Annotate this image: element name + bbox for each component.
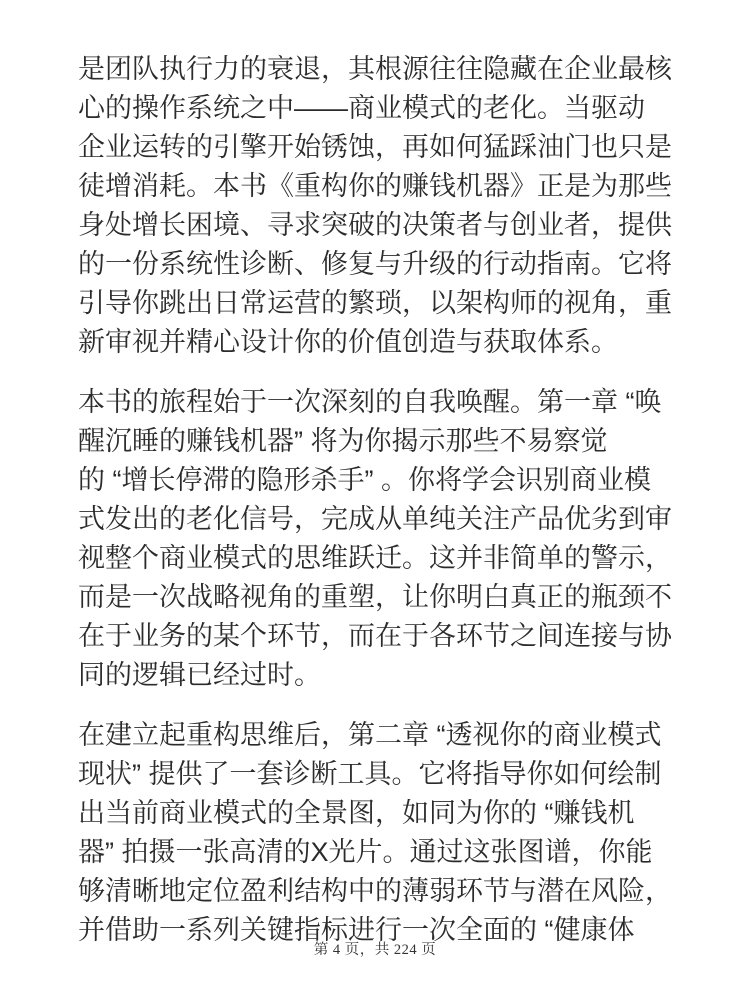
text-line: 醒沉睡的赚钱机器” 将为你揭示那些不易察觉 [78,422,678,461]
text-line: 的一份系统性诊断、修复与升级的行动指南。它将 [78,245,678,284]
text-line: 器” 拍摄一张高清的X光片。通过这张图谱，你能 [78,833,678,872]
paragraph: 是团队执行力的衰退，其根源往往隐藏在企业最核 心的操作系统之中——商业模式的老化… [78,50,678,362]
text-line: 引导你跳出日常运营的繁琐，以架构师的视角，重 [78,284,678,323]
text-line: 现状” 提供了一套诊断工具。它将指导你如何绘制 [78,755,678,794]
text-line: 够清晰地定位盈利结构中的薄弱环节与潜在风险， [78,872,678,911]
text-line: 的 “增长停滞的隐形杀手” 。你将学会识别商业模 [78,461,678,500]
text-line: 而是一次战略视角的重塑，让你明白真正的瓶颈不 [78,578,678,617]
page-footer: 第 4 页，共 224 页 [0,941,750,959]
text-line: 是团队执行力的衰退，其根源往往隐藏在企业最核 [78,50,678,89]
document-page: 是团队执行力的衰退，其根源往往隐藏在企业最核 心的操作系统之中——商业模式的老化… [78,50,678,950]
paragraph: 本书的旅程始于一次深刻的自我唤醒。第一章 “唤 醒沉睡的赚钱机器” 将为你揭示那… [78,383,678,695]
text-line: 心的操作系统之中——商业模式的老化。当驱动 [78,89,678,128]
text-line: 身处增长困境、寻求突破的决策者与创业者，提供 [78,206,678,245]
text-line: 本书的旅程始于一次深刻的自我唤醒。第一章 “唤 [78,383,678,422]
text-line: 视整个商业模式的思维跃迁。这并非简单的警示， [78,539,678,578]
paragraph: 在建立起重构思维后，第二章 “透视你的商业模式 现状” 提供了一套诊断工具。它将… [78,716,678,950]
text-line: 在于业务的某个环节，而在于各环节之间连接与协 [78,617,678,656]
text-line: 徒增消耗。本书《重构你的赚钱机器》正是为那些 [78,167,678,206]
text-line: 同的逻辑已经过时。 [78,656,678,695]
text-line: 新审视并精心设计你的价值创造与获取体系。 [78,323,678,362]
text-line: 在建立起重构思维后，第二章 “透视你的商业模式 [78,716,678,755]
text-line: 出当前商业模式的全景图，如同为你的 “赚钱机 [78,794,678,833]
text-line: 式发出的老化信号，完成从单纯关注产品优劣到审 [78,500,678,539]
text-line: 企业运转的引擎开始锈蚀，再如何猛踩油门也只是 [78,128,678,167]
